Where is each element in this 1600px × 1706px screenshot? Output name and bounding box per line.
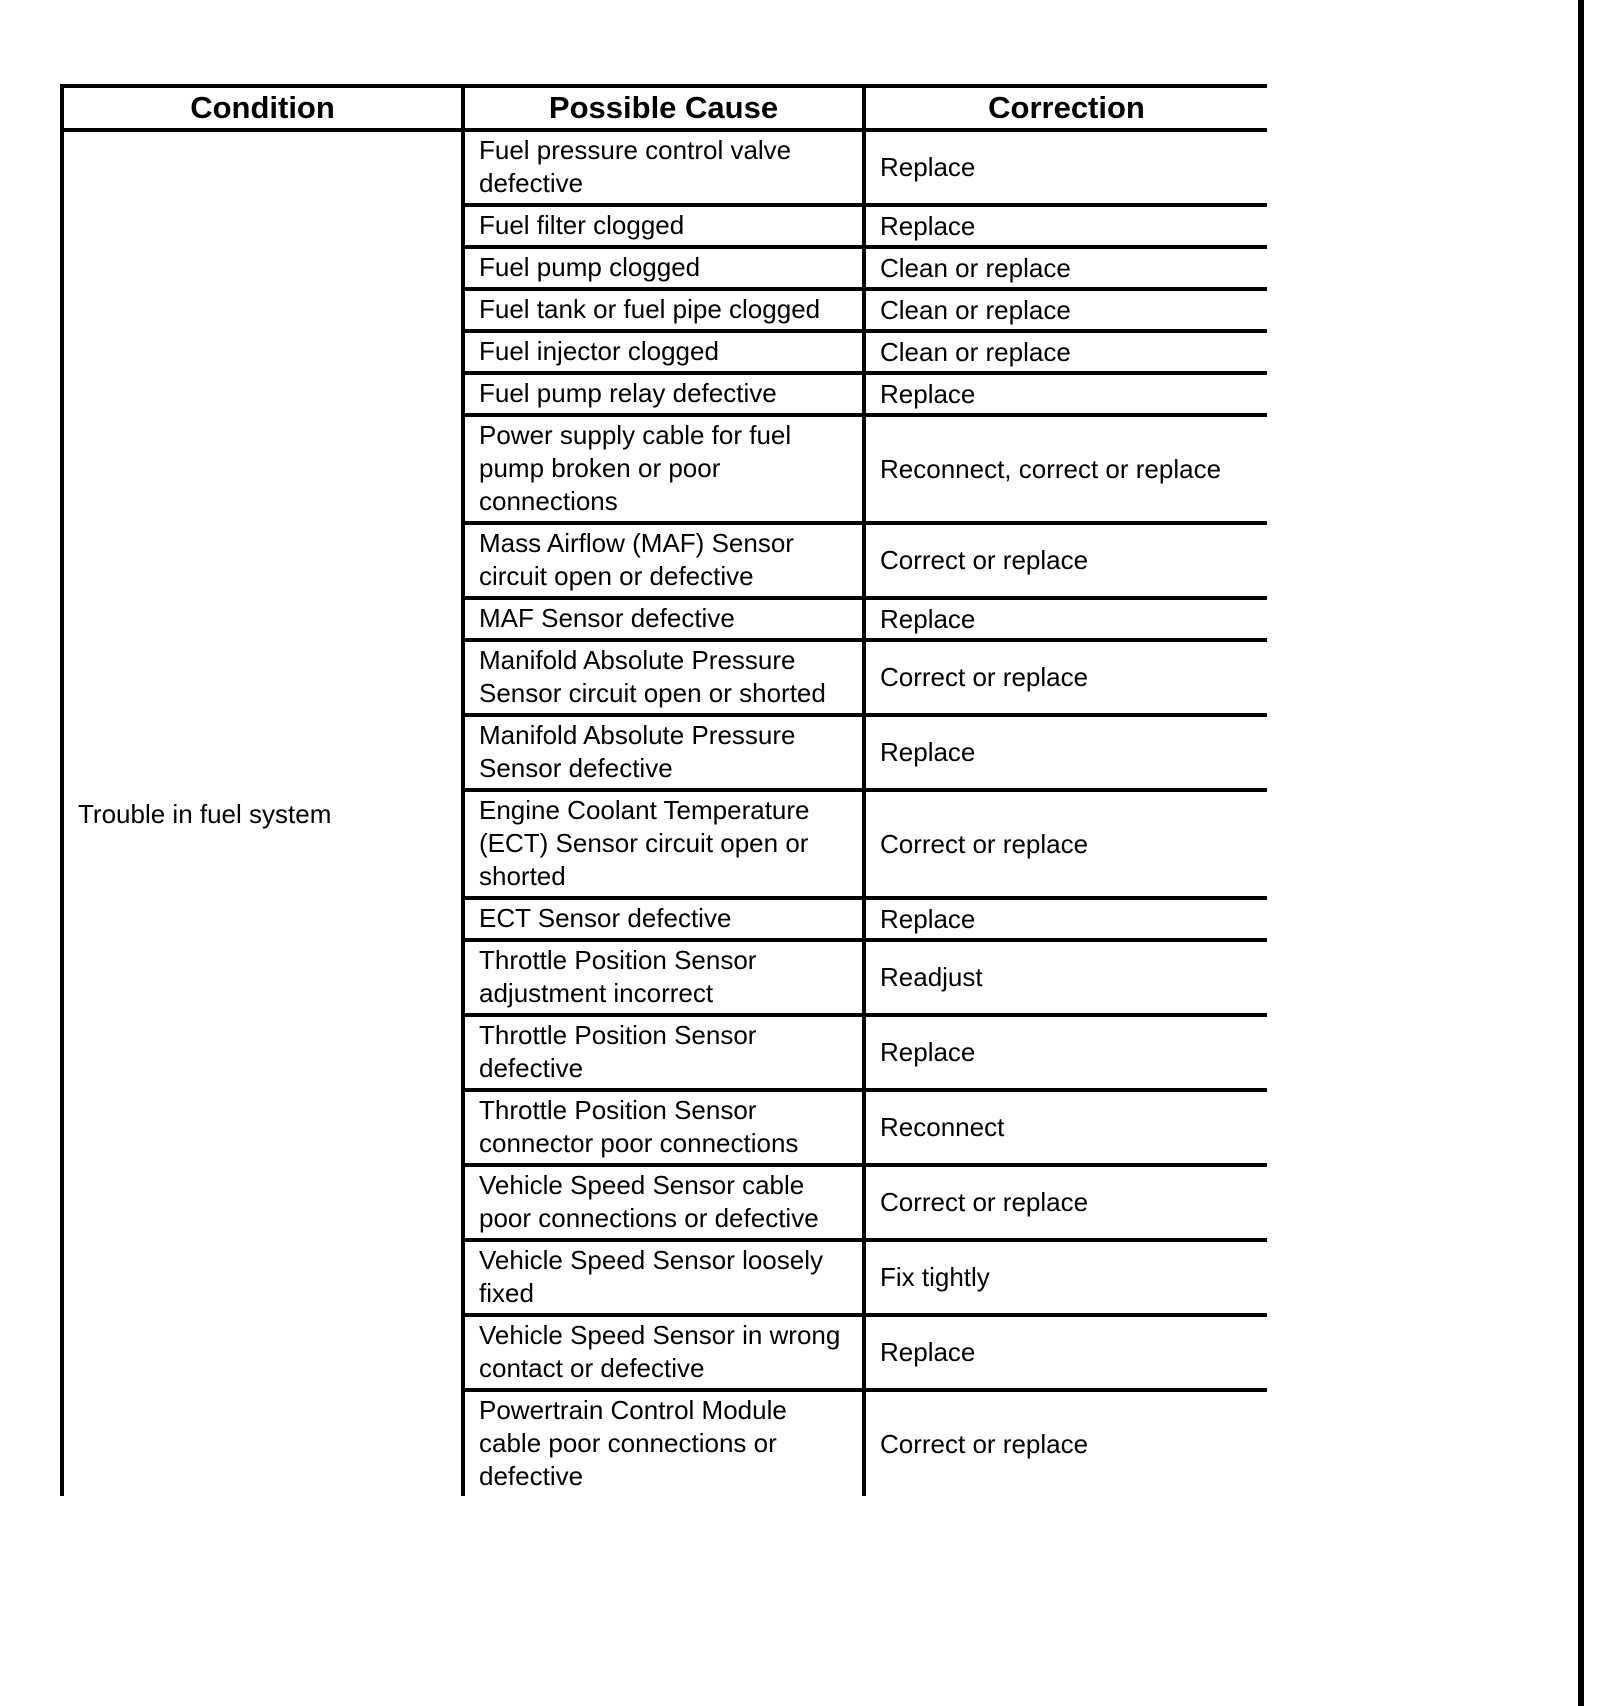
correction-cell: Replace [864, 205, 1267, 247]
table-body: Trouble in fuel systemFuel pressure cont… [62, 130, 1267, 1496]
header-condition: Condition [62, 86, 463, 130]
correction-cell: Clean or replace [864, 331, 1267, 373]
possible-cause-cell: Engine Coolant Temperature (ECT) Sensor … [463, 790, 864, 898]
correction-cell: Reconnect [864, 1090, 1267, 1165]
possible-cause-cell: Fuel tank or fuel pipe clogged [463, 289, 864, 331]
possible-cause-cell: Vehicle Speed Sensor in wrong contact or… [463, 1315, 864, 1390]
possible-cause-cell: Fuel pump relay defective [463, 373, 864, 415]
correction-cell: Replace [864, 373, 1267, 415]
table-header-row: Condition Possible Cause Correction [62, 86, 1267, 130]
possible-cause-cell: Fuel filter clogged [463, 205, 864, 247]
possible-cause-cell: Fuel injector clogged [463, 331, 864, 373]
correction-cell: Clean or replace [864, 247, 1267, 289]
possible-cause-cell: ECT Sensor defective [463, 898, 864, 940]
possible-cause-cell: Fuel pump clogged [463, 247, 864, 289]
possible-cause-cell: Powertrain Control Module cable poor con… [463, 1390, 864, 1496]
correction-cell: Replace [864, 898, 1267, 940]
correction-cell: Replace [864, 598, 1267, 640]
correction-cell: Replace [864, 1015, 1267, 1090]
possible-cause-cell: Throttle Position Sensor defective [463, 1015, 864, 1090]
correction-cell: Replace [864, 130, 1267, 205]
correction-cell: Correct or replace [864, 1390, 1267, 1496]
possible-cause-cell: Vehicle Speed Sensor loosely fixed [463, 1240, 864, 1315]
possible-cause-cell: Mass Airflow (MAF) Sensor circuit open o… [463, 523, 864, 598]
possible-cause-cell: Throttle Position Sensor connector poor … [463, 1090, 864, 1165]
possible-cause-cell: Fuel pressure control valve defective [463, 130, 864, 205]
page-edge-divider [1578, 0, 1584, 1706]
correction-cell: Correct or replace [864, 523, 1267, 598]
correction-cell: Correct or replace [864, 1165, 1267, 1240]
correction-cell: Readjust [864, 940, 1267, 1015]
correction-cell: Correct or replace [864, 640, 1267, 715]
condition-cell: Trouble in fuel system [62, 130, 463, 1496]
correction-cell: Clean or replace [864, 289, 1267, 331]
possible-cause-cell: Power supply cable for fuel pump broken … [463, 415, 864, 523]
correction-cell: Correct or replace [864, 790, 1267, 898]
possible-cause-cell: MAF Sensor defective [463, 598, 864, 640]
possible-cause-cell: Manifold Absolute Pressure Sensor circui… [463, 640, 864, 715]
possible-cause-cell: Vehicle Speed Sensor cable poor connecti… [463, 1165, 864, 1240]
header-possible-cause: Possible Cause [463, 86, 864, 130]
correction-cell: Replace [864, 1315, 1267, 1390]
possible-cause-cell: Throttle Position Sensor adjustment inco… [463, 940, 864, 1015]
possible-cause-cell: Manifold Absolute Pressure Sensor defect… [463, 715, 864, 790]
troubleshooting-table-container: Condition Possible Cause Correction Trou… [60, 84, 1267, 1527]
header-correction: Correction [864, 86, 1267, 130]
correction-cell: Fix tightly [864, 1240, 1267, 1315]
correction-cell: Reconnect, correct or replace [864, 415, 1267, 523]
table-row: Trouble in fuel systemFuel pressure cont… [62, 130, 1267, 205]
troubleshooting-table: Condition Possible Cause Correction Trou… [60, 84, 1267, 1496]
correction-cell: Replace [864, 715, 1267, 790]
